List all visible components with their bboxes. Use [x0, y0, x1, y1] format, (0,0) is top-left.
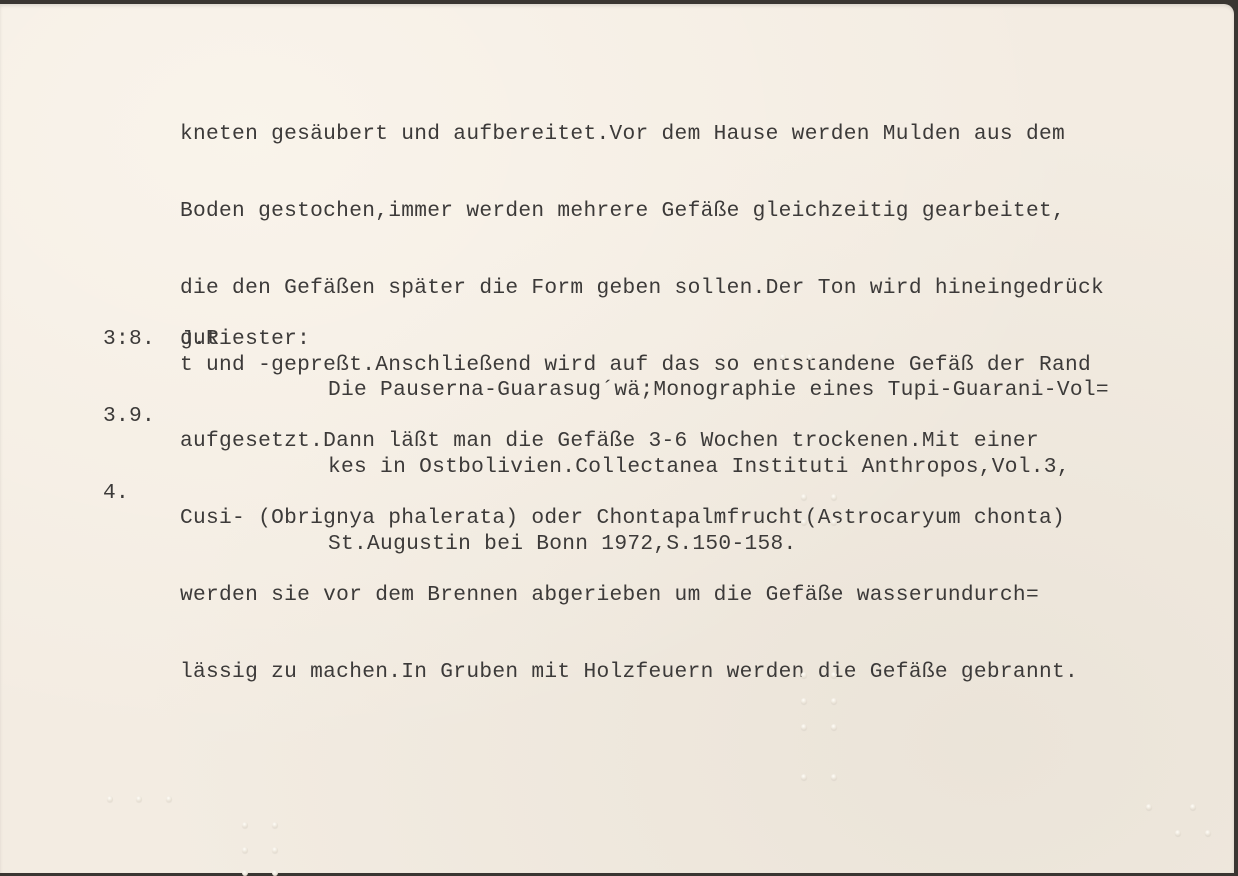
body-line: Boden gestochen,immer werden mehrere Gef…	[180, 199, 1104, 225]
body-line: kneten gesäubert und aufbereitet.Vor dem…	[180, 122, 1104, 148]
index-card: kneten gesäubert und aufbereitet.Vor dem…	[0, 4, 1234, 873]
show-through-text	[40, 504, 65, 550]
citation-line: Die Pauserna-Guarasug´wä;Monographie ein…	[328, 378, 1109, 404]
item-number: 3:8.	[103, 327, 155, 353]
reference-author: J.Riester:	[180, 327, 310, 353]
body-line: lässig zu machen.In Gruben mit Holzfeuer…	[180, 660, 1104, 686]
body-line: die den Gefäßen später die Form geben so…	[180, 276, 1104, 302]
item-number: 3.9.	[103, 404, 155, 430]
citation-line: kes in Ostbolivien.Collectanea Instituti…	[328, 455, 1109, 481]
item-numbers: 3:8. 3.9. 4.	[103, 276, 155, 558]
citation-line: St.Augustin bei Bonn 1972,S.150-158.	[328, 532, 1109, 558]
item-number: 4.	[103, 481, 155, 507]
reference-citation: Die Pauserna-Guarasug´wä;Monographie ein…	[328, 327, 1109, 609]
